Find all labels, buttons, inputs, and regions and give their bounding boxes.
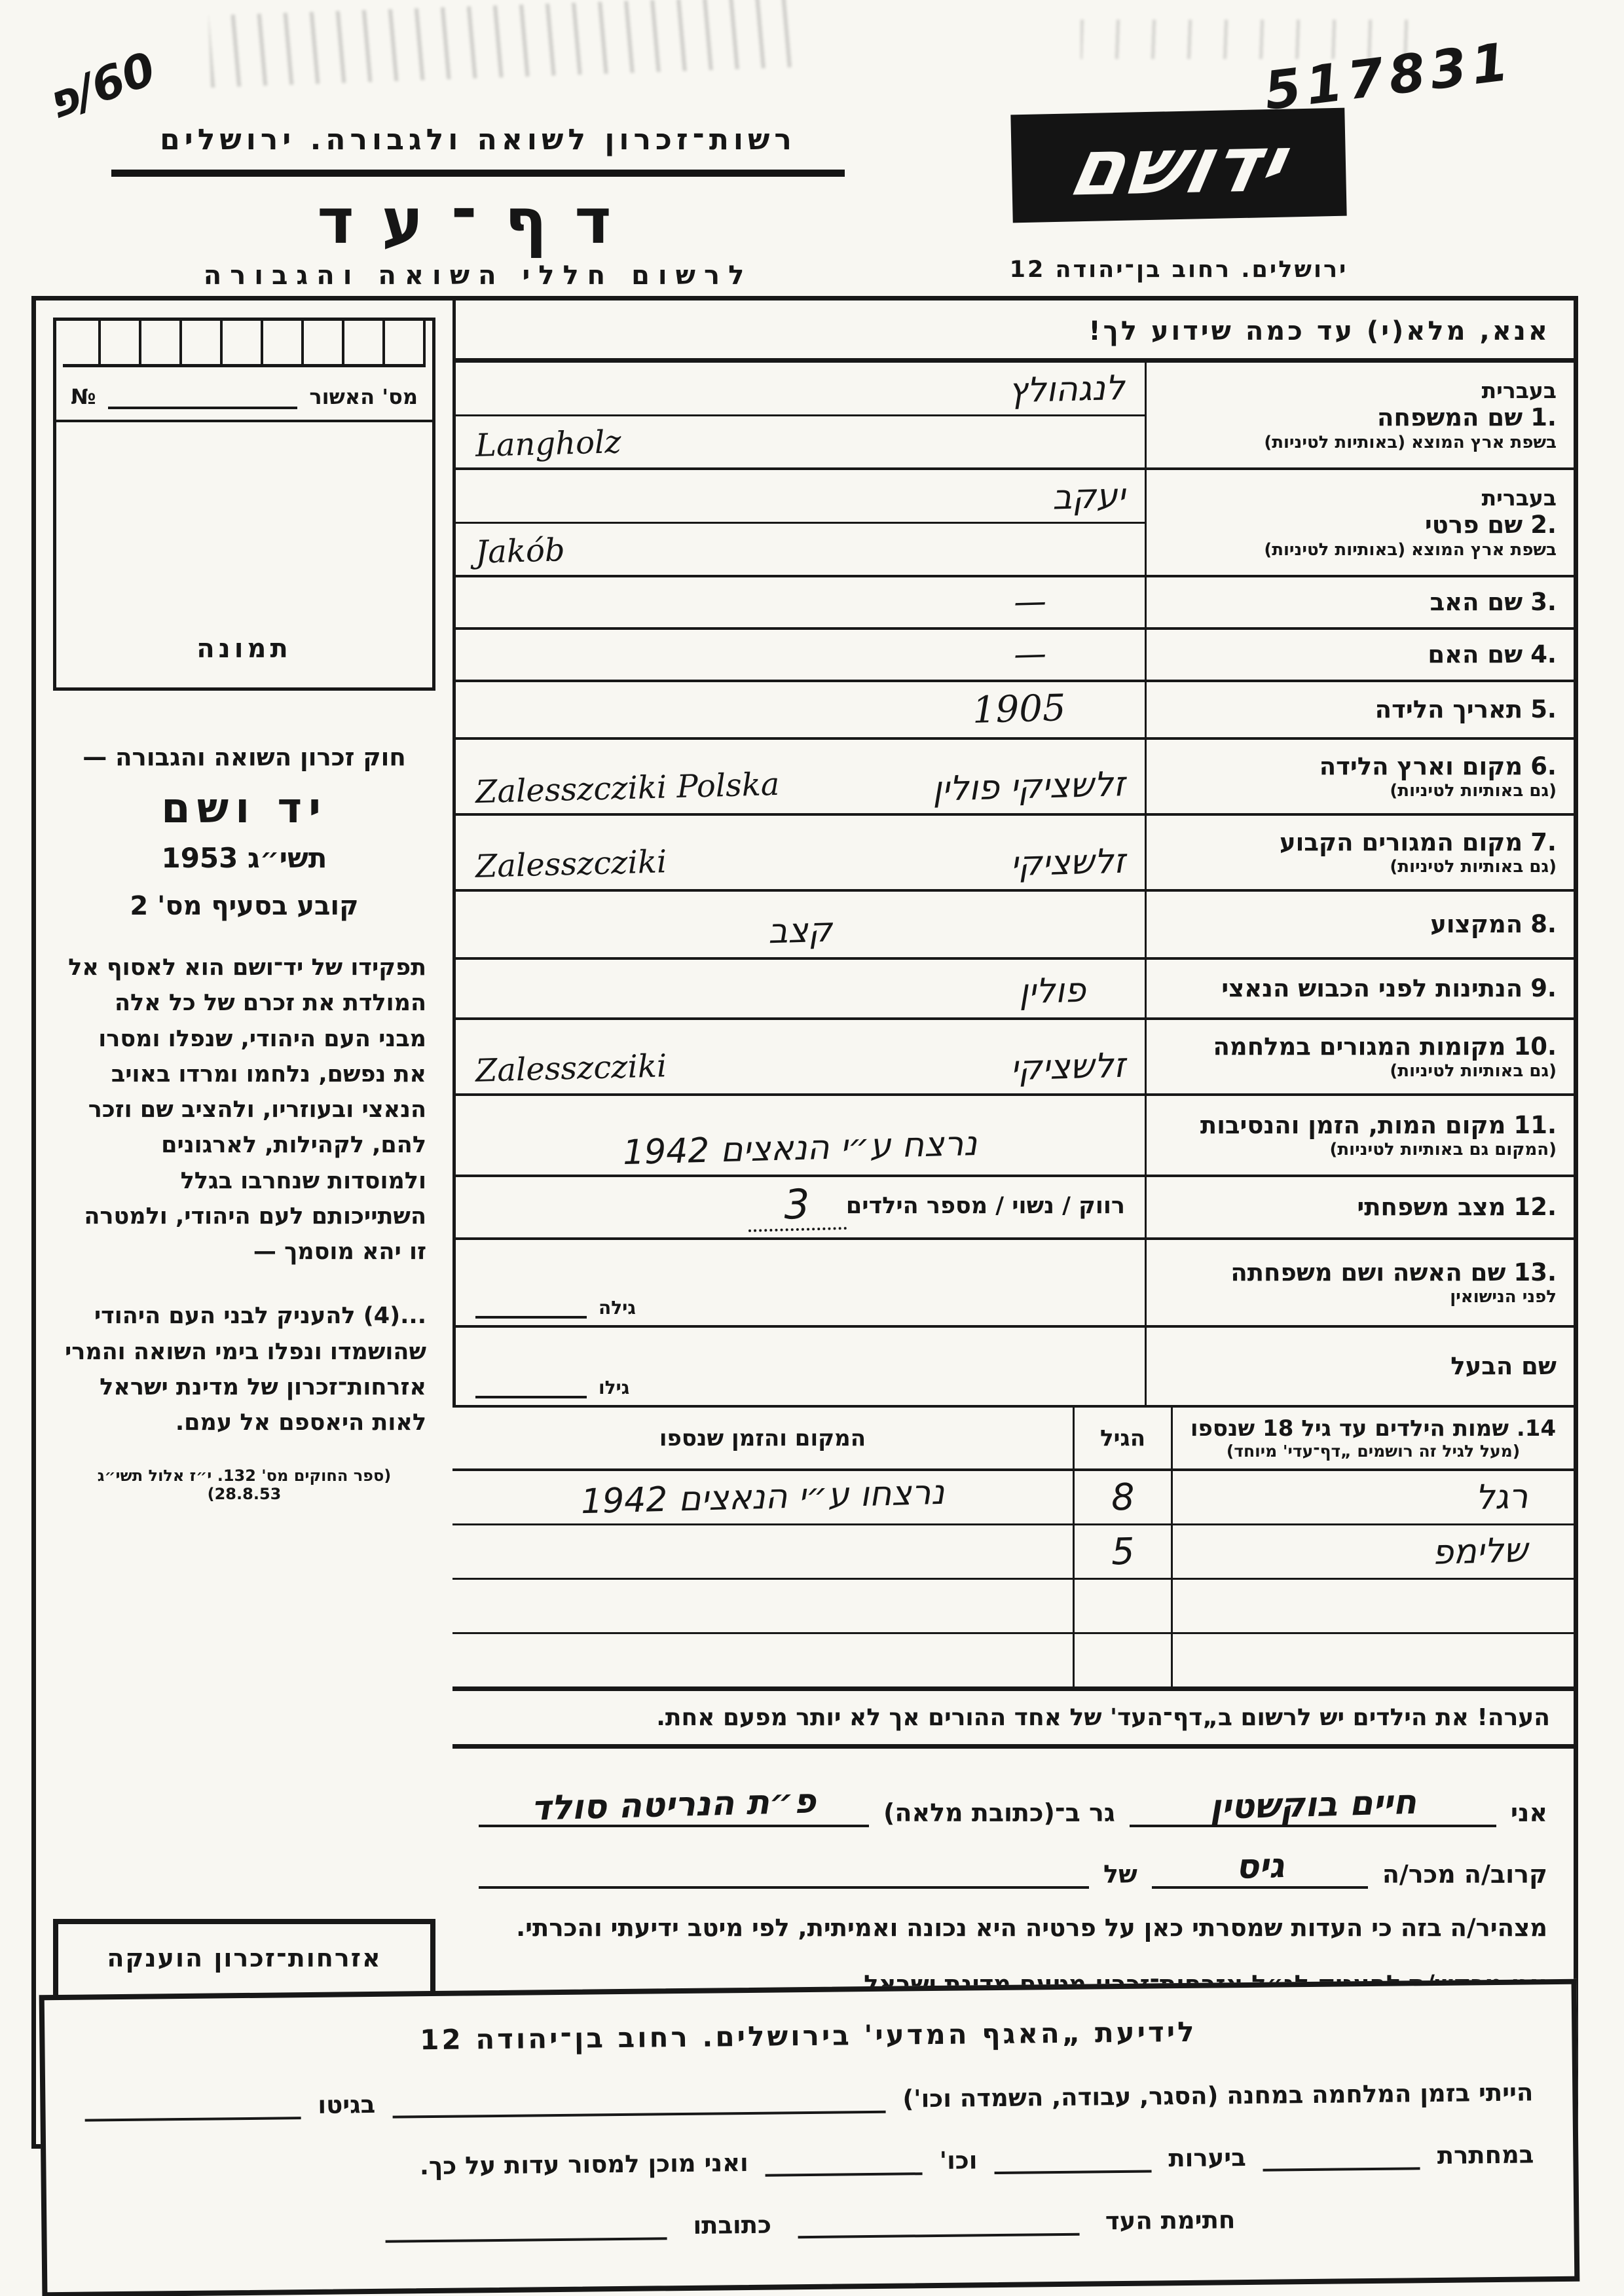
fill-instruction: אנא, מלא(י) עד כמה שידוע לך! xyxy=(456,301,1574,363)
handwritten-hebrew-value: זלשציקי xyxy=(1010,842,1126,884)
handwritten-value: — xyxy=(1013,634,1047,673)
ready-to-testify-label: ואני מוכן למסור עדות על כך. xyxy=(420,2149,748,2180)
child-name: רגל xyxy=(1475,1477,1528,1518)
witness-signature-label: חתימת העד xyxy=(1105,2206,1236,2235)
camp-label: הייתי בזמן המלחמה במחנה (הסגר, עבודה, הש… xyxy=(902,2078,1533,2113)
children-note: הערה! את הילדים יש לרשום ב„דף־העד' של אח… xyxy=(452,1691,1574,1749)
field-entry: לנגהולץ Langholz xyxy=(456,363,1145,467)
note-label: הערה! xyxy=(1477,1704,1550,1731)
handwritten-value: 1905 xyxy=(972,687,1067,732)
field-father-name: 3.שם האב — xyxy=(456,577,1574,630)
handwritten-latin-value: Zalesszcziki xyxy=(475,1048,667,1089)
blank-line xyxy=(766,2147,923,2176)
truth-statement: מצהיר/ה בזה כי העדות שמסרתי כאן על פרטיה… xyxy=(479,1911,1547,1945)
scientific-branch-box: לידיעת „האגף המדעי' בירושלים. רחוב בן־יה… xyxy=(39,1979,1580,2296)
child-age-cell xyxy=(1073,1634,1171,1686)
label-hebrew: בעברית xyxy=(1164,378,1557,403)
label-text: מקום וארץ הלידה xyxy=(1319,752,1523,781)
file-number: 517831 xyxy=(1261,31,1517,122)
label-text: מקום המות, הזמן והנסיבות xyxy=(1200,1111,1506,1140)
note-text: את הילדים יש לרשום ב„דף־העד' של אחד ההור… xyxy=(656,1704,1469,1731)
field-permanent-residence: 7.מקום המגורים הקבוע (גם באותיות לטיניות… xyxy=(456,816,1574,892)
label-text: שם האשה ושם משפחתה xyxy=(1230,1258,1505,1287)
citizenship-granted-title: אזרחות־זכרון הוענקה xyxy=(77,1944,412,1973)
i-label: אני xyxy=(1511,1798,1547,1827)
law-paragraph-2: ...(4) להעניק לבני העם היהודי שהושמדו ונ… xyxy=(62,1298,426,1440)
label-text: שם האם xyxy=(1428,640,1522,669)
declarant-row: אני חיים בוקשטין גר ב־(כתובת מלאה) פ״ת ה… xyxy=(479,1785,1547,1827)
scan-noise xyxy=(208,0,800,88)
field-wartime-residence: 10.מקומות המגורים במלחמה (גם באותיות לטי… xyxy=(456,1020,1574,1096)
forests-label: ביערות xyxy=(1168,2143,1246,2172)
fields-block: אנא, מלא(י) עד כמה שידוע לך! בעברית 1.שם… xyxy=(452,301,1574,1408)
underground-label: במחתרת xyxy=(1437,2140,1534,2170)
blank-line xyxy=(1263,2141,1420,2171)
children-column-header: 14. שמות הילדים עד גיל 18 שנספו (מעל לגי… xyxy=(1171,1408,1574,1471)
field-entry: יעקב Jakób xyxy=(456,470,1145,575)
blank-line xyxy=(108,384,298,409)
law-name: יד ושם xyxy=(62,784,426,833)
etc-label: וכו' xyxy=(940,2146,978,2175)
child-name-cell xyxy=(1171,1580,1574,1634)
tick-ruler xyxy=(63,321,426,367)
label-latin-hint: בשפת ארץ המוצא (באותיות לטיניות) xyxy=(1164,433,1557,452)
declarant-name: חיים בוקשטין xyxy=(1209,1783,1416,1827)
page-subtitle: לרשום חללי השואה והגבורה xyxy=(111,261,845,291)
child-name-cell: שלימפ xyxy=(1171,1525,1574,1580)
law-year: תשי״ג 1953 xyxy=(62,842,426,874)
law-reference: (ספר החוקים מס' 132. י״ז אלול תשי״ג 28.8… xyxy=(62,1467,426,1503)
scientific-branch-title: לידיעת „האגף המדעי' בירושלים. רחוב בן־יה… xyxy=(84,2012,1532,2059)
field-number: 6. xyxy=(1530,752,1557,781)
declarant-address: פ״ת הנריטה סולד xyxy=(531,1781,817,1828)
field-first-name: בעברית 2.שם פרטי בשפת ארץ המוצא (באותיות… xyxy=(456,470,1574,577)
field-death-place-time: 11.מקום המות, הזמן והנסיבות (המקום גם בא… xyxy=(456,1096,1574,1177)
blank-line xyxy=(798,2208,1079,2238)
handwritten-value: פולין xyxy=(1018,971,1086,1012)
field-nationality: 9.הנתינות לפני הכבוש הנאצי פולין xyxy=(456,960,1574,1020)
declarant-address-line: פ״ת הנריטה סולד xyxy=(479,1785,869,1827)
children-header-sub: (מעל לגיל זה רושמים „דף־עדי' מיוחד) xyxy=(1179,1442,1567,1461)
label-text: שם פרטי xyxy=(1425,511,1522,539)
field-number: 8. xyxy=(1530,910,1557,939)
field-number: 12. xyxy=(1513,1193,1557,1222)
child-age-cell: 8 xyxy=(1073,1471,1171,1525)
field-number: 3. xyxy=(1530,588,1557,617)
scanned-testimony-page: 60/פ 517831 רשות־זכרון לשואה ולגבורה. יר… xyxy=(0,0,1624,2296)
field-wife-name: 13.שם האשה ושם משפחתה לפני הנישואין גילה xyxy=(456,1240,1574,1328)
handwritten-latin-value: Langholz xyxy=(475,424,621,464)
child-place: נרצחו ע״י הנאצים 1942 xyxy=(580,1473,945,1522)
child-place-cell xyxy=(452,1525,1073,1580)
form-fields-pane: אנא, מלא(י) עד כמה שידוע לך! בעברית 1.שם… xyxy=(452,301,1574,2144)
label-text: תאריך הלידה xyxy=(1375,695,1523,724)
approval-number-label: מס' האשור xyxy=(309,384,418,409)
of-label: של xyxy=(1103,1860,1137,1889)
label-latin-hint: (גם באותיות לטיניות) xyxy=(1164,857,1557,877)
testimony-form-box: אנא, מלא(י) עד כמה שידוע לך! בעברית 1.שם… xyxy=(31,296,1578,2149)
blank-line xyxy=(475,1363,587,1398)
label-text: מקומות המגורים במלחמה xyxy=(1213,1032,1506,1061)
field-label: בעברית 1.שם המשפחה בשפת ארץ המוצא (באותי… xyxy=(1145,363,1574,467)
place-column-header: המקום והזמן שנספו xyxy=(452,1408,1073,1471)
photo-label: תמונה xyxy=(56,634,432,664)
her-age-label: גילה xyxy=(599,1297,636,1319)
printed-options: רווק / נשוי / מספר הילדים xyxy=(846,1193,1125,1219)
handwritten-value: — xyxy=(1013,582,1047,621)
handwritten-value: נרצח ע״י הנאצים 1942 xyxy=(623,1124,978,1173)
children-header-text: 14. שמות הילדים עד גיל 18 שנספו xyxy=(1179,1415,1567,1442)
underground-line: במחתרת ביערות וכו' ואני מוכן למסור עדות … xyxy=(85,2140,1534,2183)
blank-line xyxy=(994,2145,1151,2174)
field-profession: 8.המקצוע קצב xyxy=(456,892,1574,960)
field-number: 4. xyxy=(1530,640,1557,669)
handwritten-latin-value: Jakób xyxy=(475,532,565,571)
resides-label: גר ב־(כתובת מלאה) xyxy=(883,1798,1115,1827)
handwritten-latin-value: Zalesszcziki Polska xyxy=(475,766,780,811)
label-latin-hint: (גם באותיות לטיניות) xyxy=(1164,781,1557,801)
handwritten-latin-value: Zalesszcziki xyxy=(475,843,667,885)
handwritten-children-count: 3 xyxy=(747,1179,847,1232)
field-number: 9. xyxy=(1530,974,1557,1003)
label-text: מקום המגורים הקבוע xyxy=(1280,828,1522,857)
field-mother-name: 4.שם האם — xyxy=(456,630,1574,682)
field-birth-place: 6.מקום וארץ הלידה (גם באותיות לטיניות) ז… xyxy=(456,740,1574,816)
label-sub: לפני הנישואין xyxy=(1164,1287,1557,1307)
law-paragraph: תפקידו של יד־ושם הוא לאסוף אל המולדת את … xyxy=(62,950,426,1269)
relation-line: גיס xyxy=(1152,1847,1368,1889)
child-name-cell: רגל xyxy=(1171,1471,1574,1525)
law-title: חוק זכרון השואה והגבורה — xyxy=(62,743,426,771)
label-text: שם האב xyxy=(1430,588,1523,617)
children-table: 14. שמות הילדים עד גיל 18 שנספו (מעל לגי… xyxy=(452,1408,1574,1691)
archival-mark: 60/פ xyxy=(40,42,162,130)
yad-vashem-logo: ידושם xyxy=(1010,108,1346,223)
handwritten-hebrew-value: לנגהולץ xyxy=(1008,368,1126,410)
authority-name: רשות־זכרון לשואה ולגבורה. ירושלים xyxy=(111,123,845,177)
child-age-cell xyxy=(1073,1580,1171,1634)
logo-address: ירושלים. רחוב בן־יהודה 12 xyxy=(986,257,1372,283)
blank-line xyxy=(84,2091,301,2121)
blank-line xyxy=(385,2212,667,2242)
law-clause: קובע בסעיף מס' 2 xyxy=(62,891,426,921)
child-place-cell: נרצחו ע״י הנאצים 1942 xyxy=(452,1471,1073,1525)
label-text: שם הבעל xyxy=(1450,1352,1557,1381)
relative-label: קרוב/ה מכר/ה xyxy=(1382,1860,1547,1889)
field-marital-status: 12.מצב משפחתי רווק / נשוי / מספר הילדים … xyxy=(456,1177,1574,1240)
declarant-name-line: חיים בוקשטין xyxy=(1130,1785,1496,1827)
relation-row: קרוב/ה מכר/ה גיס של xyxy=(479,1847,1547,1889)
field-husband-name: שם הבעל גילו xyxy=(456,1328,1574,1408)
label-text: מצב משפחתי xyxy=(1357,1193,1505,1222)
label-text: שם המשפחה xyxy=(1377,403,1522,432)
photo-approval-box: מס' האשור № תמונה xyxy=(53,318,435,691)
field-number: 5. xyxy=(1530,695,1557,724)
handwritten-value: קצב xyxy=(767,911,832,952)
label-latin-hint: (המקום גם באותיות לטיניות) xyxy=(1164,1140,1557,1159)
field-family-name: בעברית 1.שם המשפחה בשפת ארץ המוצא (באותי… xyxy=(456,363,1574,470)
label-latin-hint: (גם באותיות לטיניות) xyxy=(1164,1061,1557,1081)
child-name-cell xyxy=(1171,1634,1574,1686)
camp-ghetto-line: הייתי בזמן המלחמה במחנה (הסגר, עבודה, הש… xyxy=(84,2078,1533,2121)
child-name: שלימפ xyxy=(1431,1531,1528,1573)
age-column-header: הגיל xyxy=(1073,1408,1171,1471)
field-number: 10. xyxy=(1513,1032,1557,1061)
field-number: 13. xyxy=(1513,1258,1557,1287)
page-title: דף־עד xyxy=(111,185,845,258)
child-place-cell xyxy=(452,1634,1073,1686)
witness-address-label: כתובתו xyxy=(693,2211,771,2240)
child-place-cell xyxy=(452,1580,1073,1634)
child-age-cell: 5 xyxy=(1073,1525,1171,1580)
handwritten-hebrew-value: יעקב xyxy=(1052,476,1126,517)
child-age: 5 xyxy=(1111,1530,1135,1573)
left-column: מס' האשור № תמונה חוק זכרון השואה והגבור… xyxy=(36,301,452,2144)
field-number: 2. xyxy=(1530,511,1557,539)
of-whom-line xyxy=(479,1886,1089,1889)
witness-signature-line: חתימת העד כתובתו xyxy=(86,2202,1534,2246)
field-label: בעברית 2.שם פרטי בשפת ארץ המוצא (באותיות… xyxy=(1145,470,1574,575)
label-text: הנתינות לפני הכבוש הנאצי xyxy=(1221,974,1522,1003)
field-number: 11. xyxy=(1513,1111,1557,1140)
relation-value: גיס xyxy=(1235,1846,1284,1887)
field-birth-date: 5.תאריך הלידה 1905 xyxy=(456,682,1574,740)
blank-line xyxy=(392,2085,886,2119)
handwritten-hebrew-value: זלשציקי פולין xyxy=(932,765,1125,809)
approval-number-row: מס' האשור № xyxy=(56,367,432,422)
label-latin-hint: בשפת ארץ המוצא (באותיות לטיניות) xyxy=(1164,540,1557,560)
numero-sign: № xyxy=(71,384,96,409)
law-citation: חוק זכרון השואה והגבורה — יד ושם תשי״ג 1… xyxy=(62,743,426,1503)
blank-line xyxy=(475,1283,587,1319)
his-age-label: גילו xyxy=(599,1377,629,1398)
label-hebrew: בעברית xyxy=(1164,485,1557,511)
child-age: 8 xyxy=(1111,1476,1135,1519)
logo-text: ידושם xyxy=(1062,118,1296,213)
field-number: 1. xyxy=(1530,403,1557,432)
field-number: 7. xyxy=(1530,828,1557,857)
label-text: המקצוע xyxy=(1430,910,1522,939)
handwritten-hebrew-value: זלשציקי xyxy=(1010,1046,1126,1089)
ghetto-label: בגיטו xyxy=(318,2090,375,2119)
